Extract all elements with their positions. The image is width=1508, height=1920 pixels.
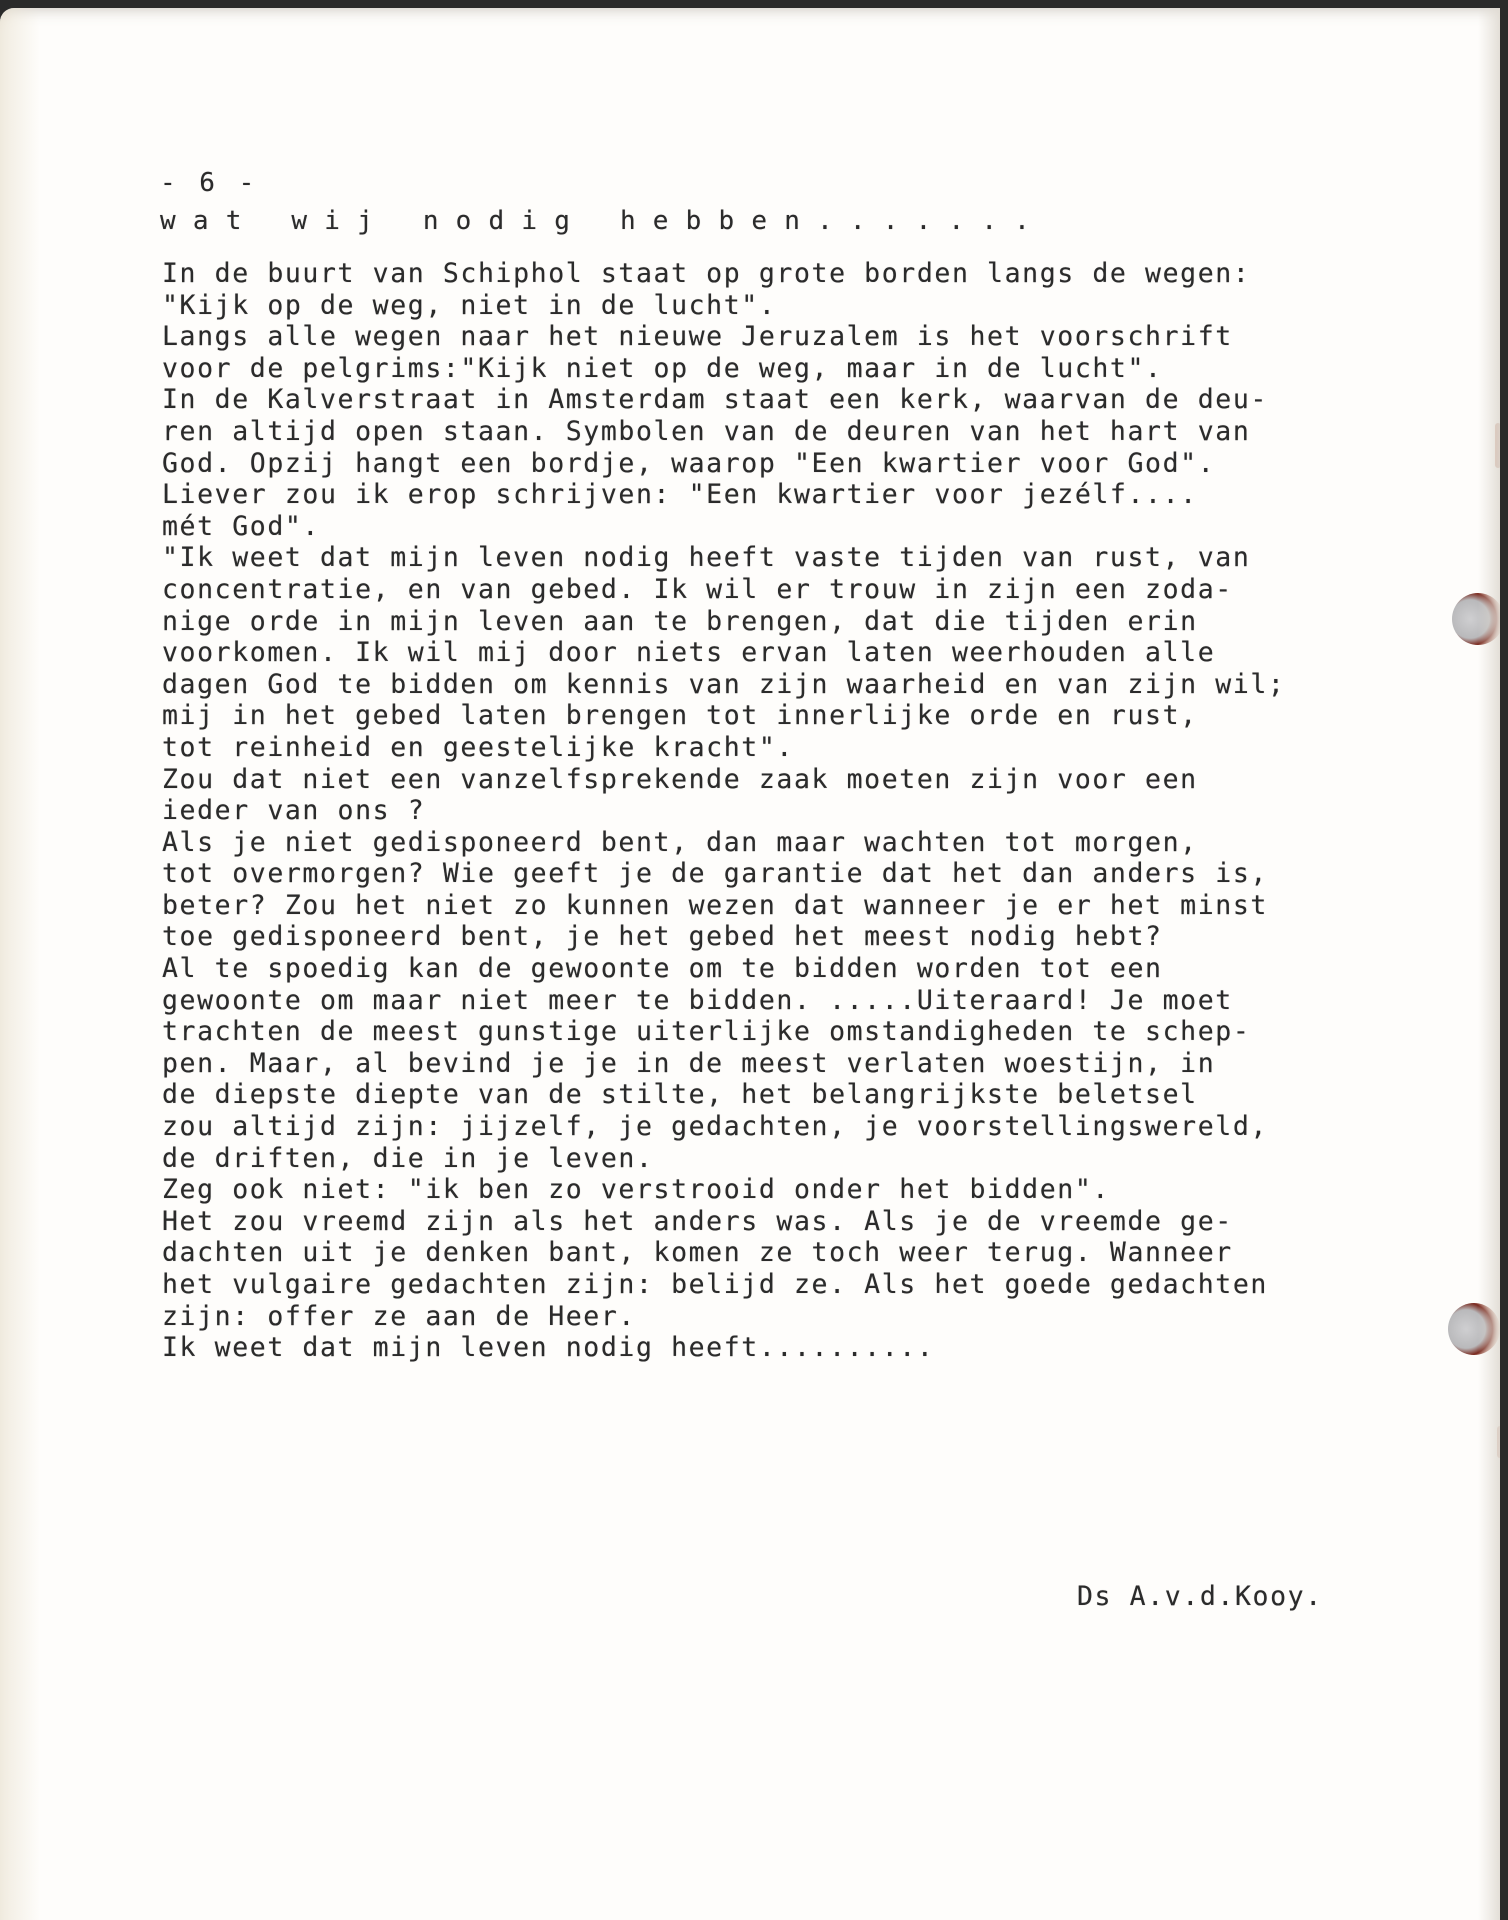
edge-stain [1495, 423, 1500, 468]
text-line: mij in het gebed laten brengen tot inner… [162, 700, 1285, 732]
text-line: dachten uit je denken bant, komen ze toc… [162, 1237, 1285, 1269]
text-line: Langs alle wegen naar het nieuwe Jeruzal… [162, 321, 1285, 353]
text-line: het vulgaire gedachten zijn: belijd ze. … [162, 1269, 1285, 1301]
text-line: Ik weet dat mijn leven nodig heeft......… [162, 1332, 1285, 1364]
text-line: voor de pelgrims:"Kijk niet op de weg, m… [162, 353, 1285, 385]
text-line: Liever zou ik erop schrijven: "Een kwart… [162, 479, 1285, 511]
text-line: "Ik weet dat mijn leven nodig heeft vast… [162, 542, 1285, 574]
text-line: In de Kalverstraat in Amsterdam staat ee… [162, 384, 1285, 416]
binder-hole-top [1452, 593, 1500, 645]
text-line: voorkomen. Ik wil mij door niets ervan l… [162, 637, 1285, 669]
text-line: In de buurt van Schiphol staat op grote … [162, 258, 1285, 290]
text-line: ieder van ons ? [162, 795, 1285, 827]
text-line: beter? Zou het niet zo kunnen wezen dat … [162, 890, 1285, 922]
body-text: In de buurt van Schiphol staat op grote … [162, 258, 1285, 1364]
text-line: Al te spoedig kan de gewoonte om te bidd… [162, 953, 1285, 985]
page-number: - 6 - [160, 168, 258, 198]
page-title: wat wij nodig hebben....... [160, 206, 1047, 236]
text-line: pen. Maar, al bevind je je in de meest v… [162, 1048, 1285, 1080]
text-line: nige orde in mijn leven aan te brengen, … [162, 606, 1285, 638]
text-line: God. Opzij hangt een bordje, waarop "Een… [162, 448, 1285, 480]
text-line: Zou dat niet een vanzelfsprekende zaak m… [162, 764, 1285, 796]
typewritten-page: - 6 - wat wij nodig hebben....... In de … [0, 8, 1500, 1920]
text-line: gewoonte om maar niet meer te bidden. ..… [162, 985, 1285, 1017]
edge-stain [1497, 1426, 1500, 1458]
text-line: Het zou vreemd zijn als het anders was. … [162, 1206, 1285, 1238]
text-line: Als je niet gedisponeerd bent, dan maar … [162, 827, 1285, 859]
text-line: de diepste diepte van de stilte, het bel… [162, 1079, 1285, 1111]
text-line: concentratie, en van gebed. Ik wil er tr… [162, 574, 1285, 606]
text-line: toe gedisponeerd bent, je het gebed het … [162, 921, 1285, 953]
signature: Ds A.v.d.Kooy. [1077, 1581, 1323, 1612]
text-line: ren altijd open staan. Symbolen van de d… [162, 416, 1285, 448]
text-line: de driften, die in je leven. [162, 1143, 1285, 1175]
text-line: dagen God te bidden om kennis van zijn w… [162, 669, 1285, 701]
text-line: tot reinheid en geestelijke kracht". [162, 732, 1285, 764]
text-line: mét God". [162, 511, 1285, 543]
text-line: Zeg ook niet: "ik ben zo verstrooid onde… [162, 1174, 1285, 1206]
text-line: trachten de meest gunstige uiterlijke om… [162, 1016, 1285, 1048]
text-line: zou altijd zijn: jijzelf, je gedachten, … [162, 1111, 1285, 1143]
binder-hole-bottom [1448, 1303, 1500, 1355]
text-line: "Kijk op de weg, niet in de lucht". [162, 290, 1285, 322]
text-line: zijn: offer ze aan de Heer. [162, 1301, 1285, 1333]
text-line: tot overmorgen? Wie geeft je de garantie… [162, 858, 1285, 890]
